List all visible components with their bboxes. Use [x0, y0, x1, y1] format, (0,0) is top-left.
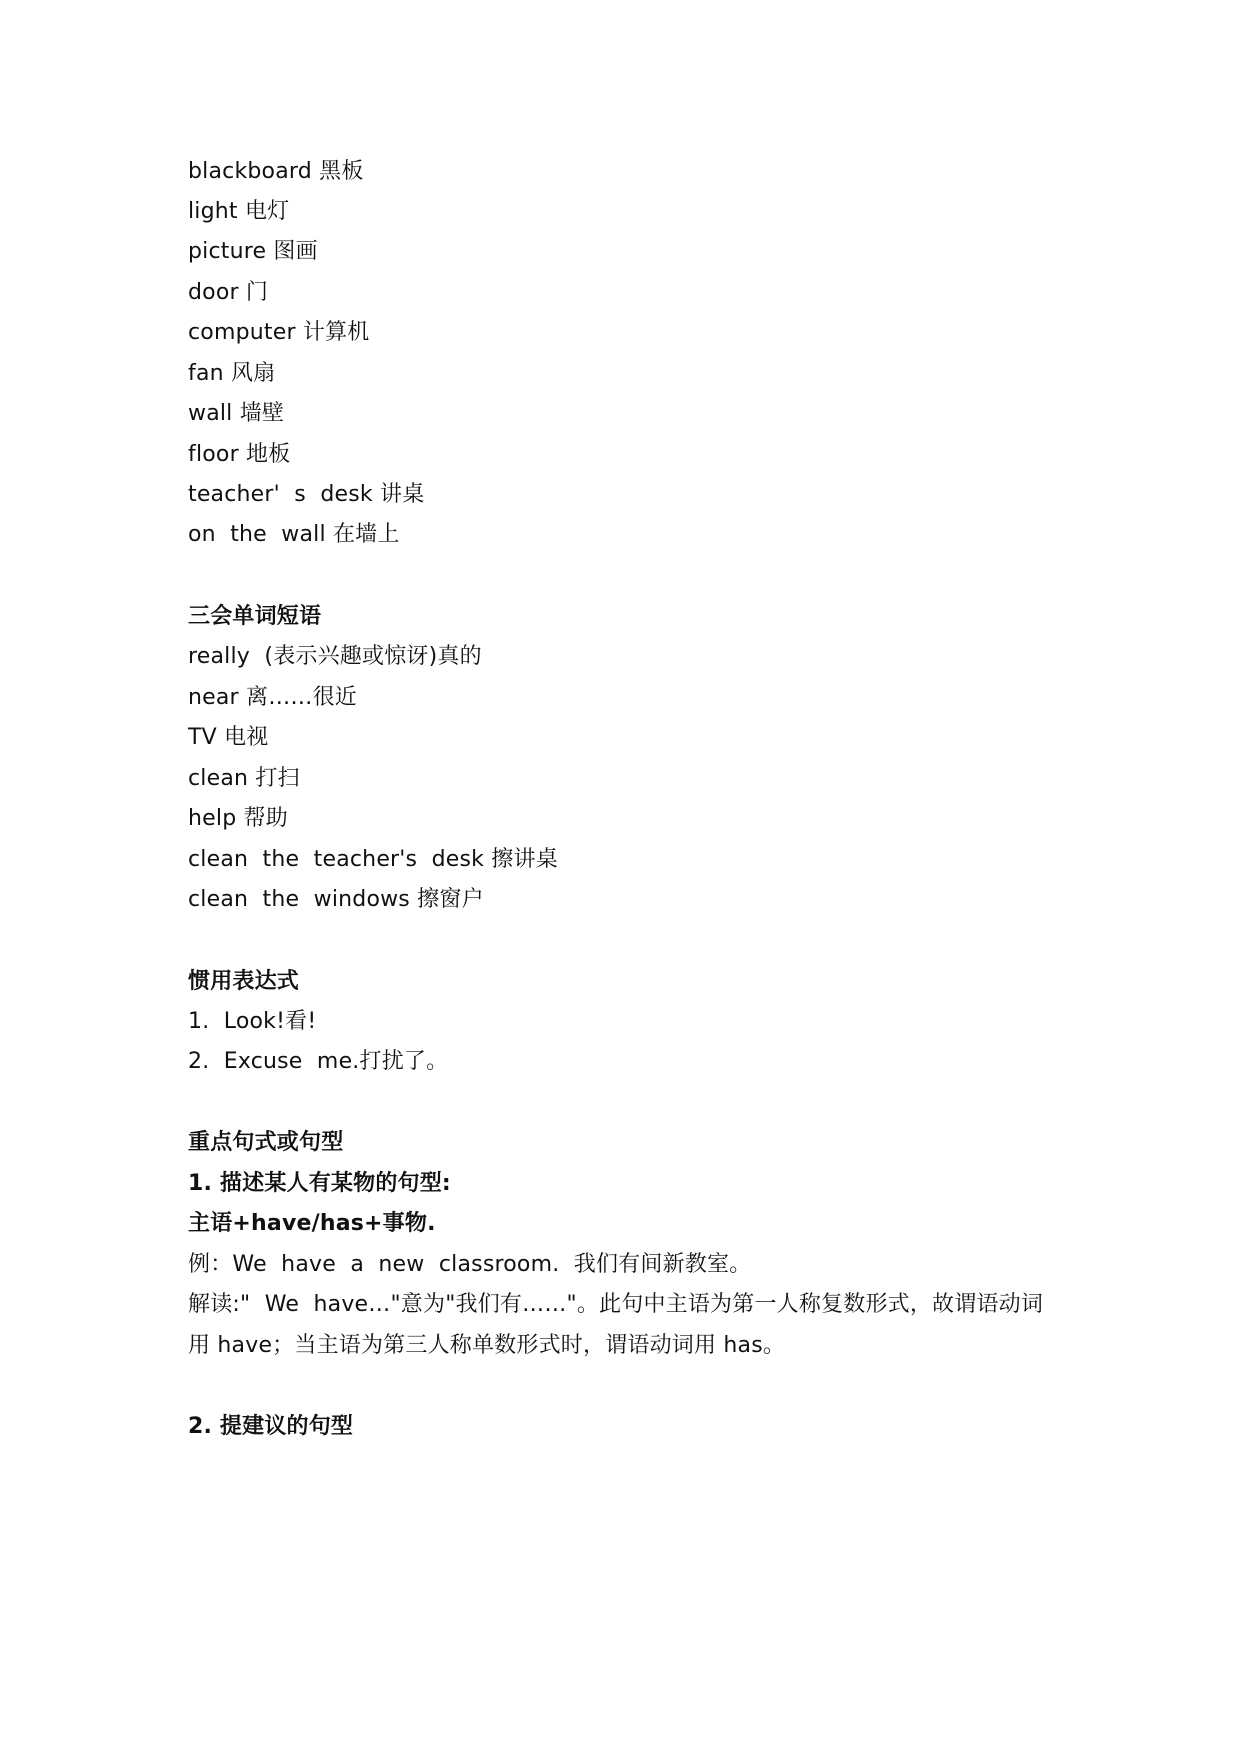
pattern-example: 例：We have a new classroom. 我们有间新教室。: [188, 1250, 751, 1280]
phrase-item: clean 打扫: [188, 764, 300, 794]
vocab-item: picture 图画: [188, 237, 318, 267]
phrase-item: TV 电视: [188, 723, 268, 753]
pattern-explanation: 解读:" We have…"意为"我们有……"。此句中主语为第一人称复数形式，故…: [188, 1290, 1043, 1320]
vocab-item: floor 地板: [188, 440, 290, 470]
phrase-item: clean the windows 擦窗户: [188, 885, 484, 915]
vocab-item: computer 计算机: [188, 318, 370, 348]
section-heading-three-skill-words: 三会单词短语: [188, 602, 321, 632]
phrase-item: clean the teacher's desk 擦讲桌: [188, 845, 558, 875]
vocab-item: teacher' s desk 讲桌: [188, 480, 424, 510]
section-heading-idioms: 惯用表达式: [188, 967, 299, 997]
vocab-item: light 电灯: [188, 197, 289, 227]
idiom-item: 1. Look!看!: [188, 1007, 316, 1037]
phrase-item: help 帮助: [188, 804, 288, 834]
vocab-item: blackboard 黑板: [188, 157, 364, 187]
pattern-formula: 主语+have/has+事物.: [188, 1209, 436, 1239]
vocab-item: fan 风扇: [188, 359, 275, 389]
vocab-item: wall 墙壁: [188, 399, 284, 429]
vocab-item: door 门: [188, 278, 268, 308]
pattern-title: 2. 提建议的句型: [188, 1412, 353, 1442]
idiom-item: 2. Excuse me.打扰了。: [188, 1047, 448, 1077]
pattern-explanation: 用 have；当主语为第三人称单数形式时，谓语动词用 has。: [188, 1331, 785, 1361]
phrase-item: really (表示兴趣或惊讶)真的: [188, 642, 482, 672]
section-heading-key-sentences: 重点句式或句型: [188, 1128, 343, 1158]
vocab-item: on the wall 在墙上: [188, 520, 400, 550]
pattern-title: 1. 描述某人有某物的句型:: [188, 1169, 451, 1199]
phrase-item: near 离……很近: [188, 683, 357, 713]
